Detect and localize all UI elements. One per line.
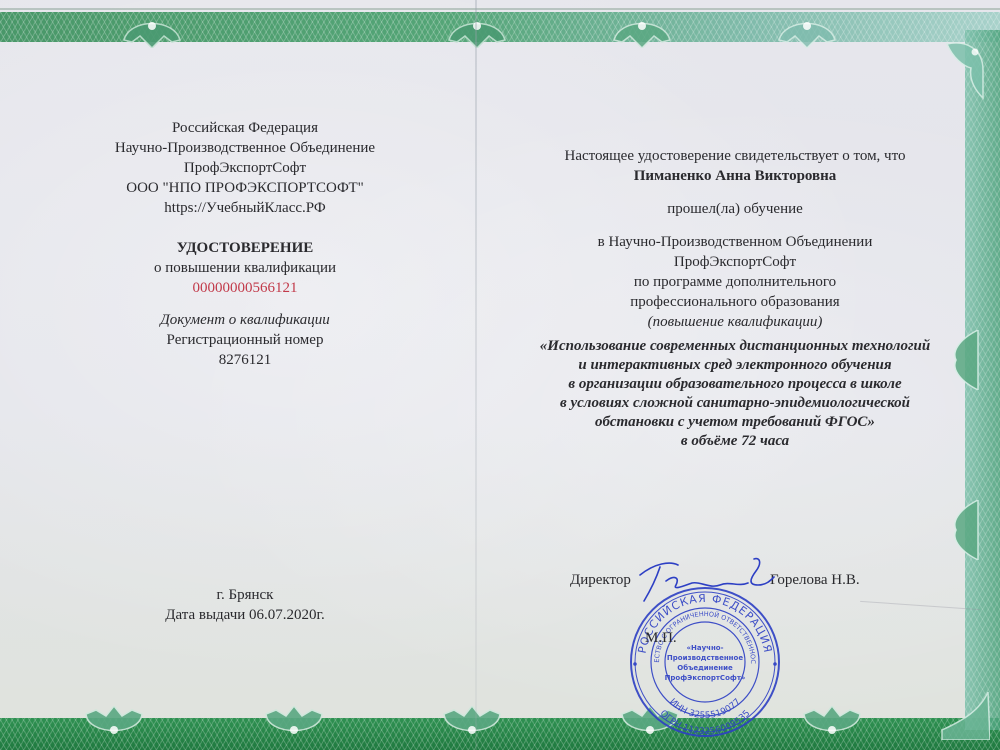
top-ornament-icon	[610, 14, 674, 48]
issuer-line: ПрофЭкспортСофт	[80, 158, 410, 178]
svg-text:ИНН 3255519077: ИНН 3255519077	[667, 697, 743, 721]
certificate-title-block: УДОСТОВЕРЕНИЕ о повышении квалификации 0…	[80, 238, 410, 298]
center-fold	[475, 0, 477, 750]
bottom-ornament-icon	[82, 706, 146, 740]
signatory-role: Директор	[570, 572, 631, 589]
stamp-center-line: Объединение	[677, 664, 733, 672]
certificate-number: 00000000566121	[80, 278, 410, 298]
certificate-title: УДОСТОВЕРЕНИЕ	[80, 238, 410, 258]
bottom-ornament-icon	[440, 706, 504, 740]
program-title-line: «Использование современных дистанционных…	[500, 337, 970, 356]
issuer-line: Научно-Производственное Объединение	[80, 138, 410, 158]
top-ornament-icon	[445, 14, 509, 48]
corner-ornament-icon	[940, 690, 990, 740]
program-hours: в объёме 72 часа	[500, 432, 970, 451]
program-title-block: «Использование современных дистанционных…	[500, 337, 970, 451]
institution-line: профессионального образования	[500, 292, 970, 312]
program-type: (повышение квалификации)	[500, 312, 970, 332]
seal-label: М.П.	[645, 630, 677, 647]
document-type: Документ о квалификации	[80, 310, 410, 330]
registration-block: Документ о квалификации Регистрационный …	[80, 310, 410, 370]
issue-date: Дата выдачи 06.07.2020г.	[80, 605, 410, 625]
side-ornament-icon	[950, 500, 980, 560]
issuer-block: Российская Федерация Научно-Производстве…	[80, 118, 410, 218]
institution-line: ПрофЭкспортСофт	[500, 252, 970, 272]
official-stamp: РОССИЙСКАЯ ФЕДЕРАЦИЯ ОБЩЕСТВО С ОГРАНИЧЕ…	[625, 582, 785, 742]
holder-name: Пиманенко Анна Викторовна	[500, 166, 970, 186]
certificate-subtitle: о повышении квалификации	[80, 258, 410, 278]
program-title-line: в организации образовательного процесса …	[500, 375, 970, 394]
program-title-line: в условиях сложной санитарно-эпидемиолог…	[500, 394, 970, 413]
program-title-line: обстановки с учетом требований ФГОС»	[500, 413, 970, 432]
bottom-ornament-icon	[800, 706, 864, 740]
stamp-center-line: ПрофЭкспортСофт»	[665, 674, 746, 682]
stamp-inn: ИНН 3255519077	[667, 697, 743, 721]
holder-block: Настоящее удостоверение свидетельствует …	[500, 146, 970, 186]
bottom-ornament-icon	[262, 706, 326, 740]
stamp-center-line: «Научно-	[686, 644, 723, 652]
issuer-line: Российская Федерация	[80, 118, 410, 138]
program-title-line: и интерактивных сред электронного обучен…	[500, 356, 970, 375]
registration-number: 8276121	[80, 350, 410, 370]
intro-text: Настоящее удостоверение свидетельствует …	[500, 146, 970, 166]
top-ornament-icon	[775, 14, 839, 48]
top-ornament-icon	[120, 14, 184, 48]
issue-block: г. Брянск Дата выдачи 06.07.2020г.	[80, 585, 410, 625]
issue-city: г. Брянск	[80, 585, 410, 605]
corner-ornament-icon	[945, 40, 985, 100]
institution-block: в Научно-Производственном Объединении Пр…	[500, 232, 970, 332]
stamp-center-line: Производственное	[667, 654, 743, 662]
institution-line: в Научно-Производственном Объединении	[500, 232, 970, 252]
institution-line: по программе дополнительного	[500, 272, 970, 292]
completed-block: прошел(ла) обучение	[500, 199, 970, 219]
completed-text: прошел(ла) обучение	[500, 199, 970, 219]
issuer-line: ООО "НПО ПРОФЭКСПОРТСОФТ"	[80, 178, 410, 198]
top-border-rule	[0, 8, 1000, 10]
registration-label: Регистрационный номер	[80, 330, 410, 350]
issuer-website: https://УчебныйКласс.РФ	[80, 198, 410, 218]
